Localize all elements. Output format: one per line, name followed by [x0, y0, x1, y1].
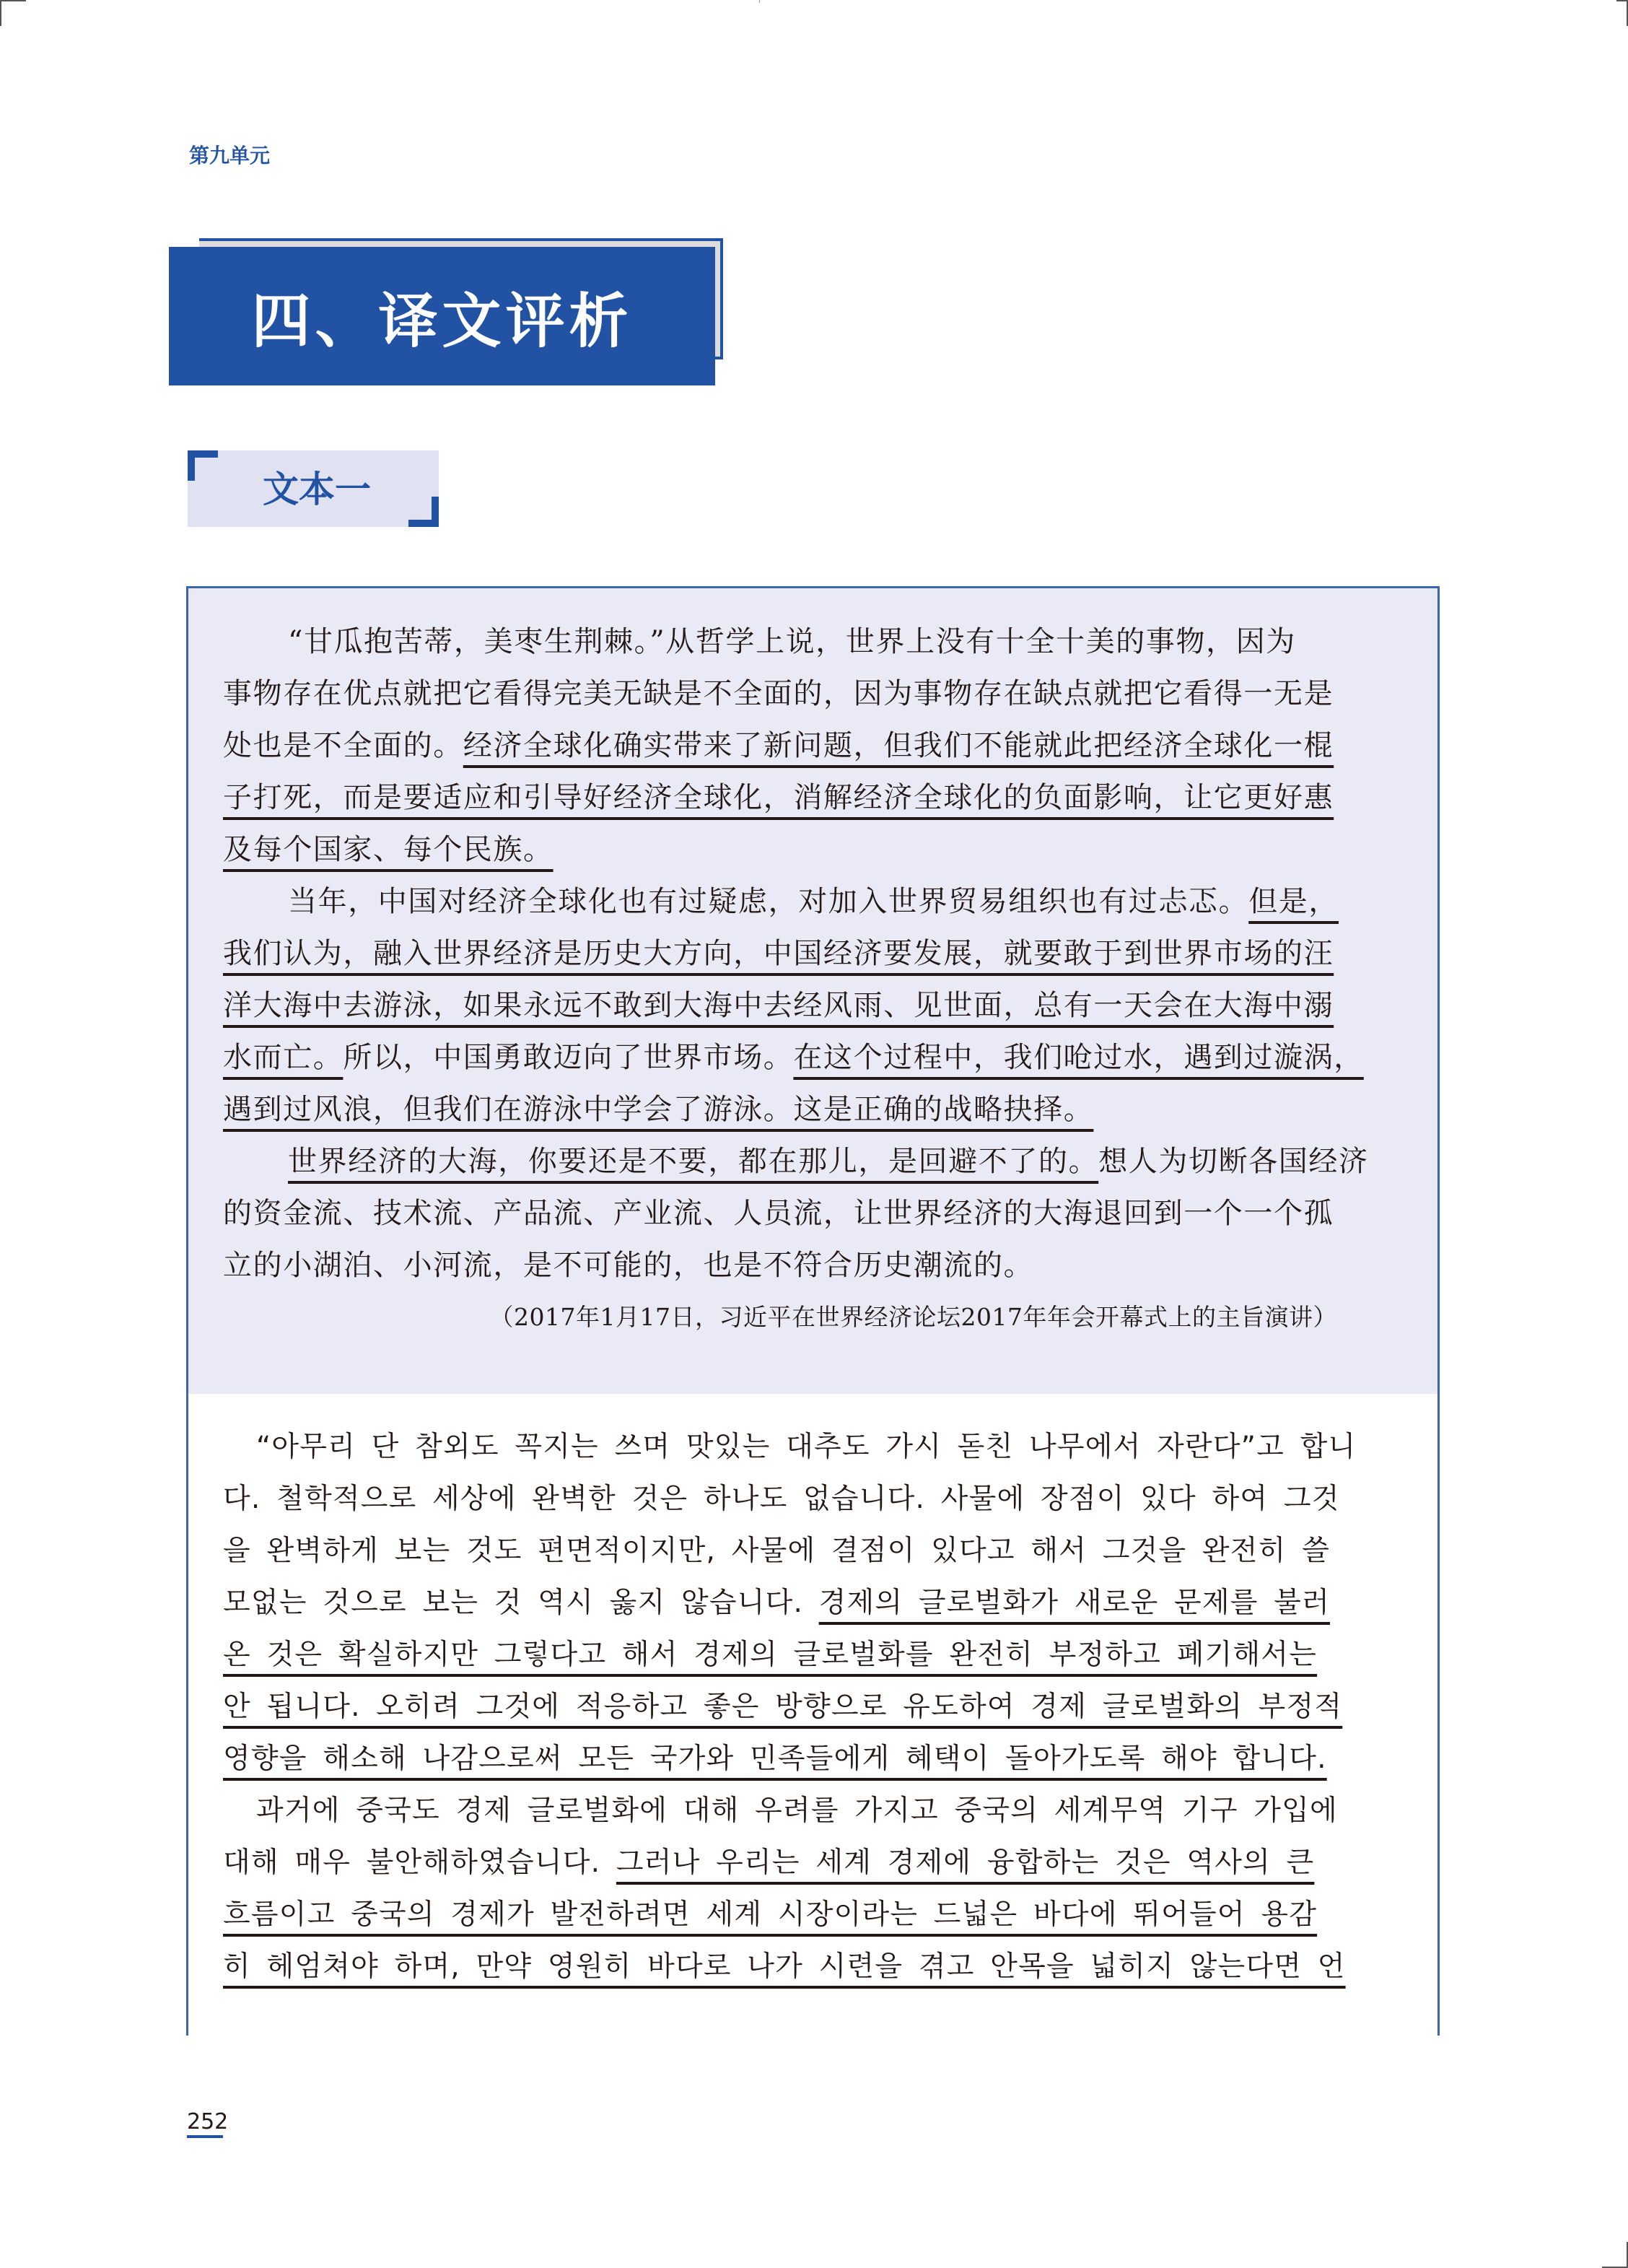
underlined-segment: 히 헤엄쳐야 하며, 만약 영원히 바다로 나가 시련을 겪고 안목을 넓히지 … [223, 1950, 1346, 1983]
text-segment: 立的小湖泊、小河流，是不可能的，也是不符合历史潮流的。 [223, 1249, 1033, 1282]
text-line: 及每个国家、每个民族。 [223, 828, 1379, 880]
text-line: 处也是不全面的。经济全球化确实带来了新问题，但我们不能就此把经济全球化一棍 [223, 724, 1379, 776]
text-line: 事物存在优点就把它看得完美无缺是不全面的，因为事物存在缺点就把它看得一无是 [223, 672, 1379, 724]
underlined-segment: 遇到过风浪，但我们在游泳中学会了游泳。这是正确的战略抉择。 [223, 1093, 1093, 1126]
underlined-segment: 온 것은 확실하지만 그렇다고 해서 경제의 글로벌화를 완전히 부정하고 폐기… [223, 1639, 1317, 1671]
crop-mark-top-left [0, 0, 26, 26]
text-line: 的资金流、技术流、产品流、产业流、人员流，让世界经济的大海退回到一个一个孤 [223, 1192, 1379, 1244]
unit-label: 第九单元 [189, 140, 270, 169]
text-line: 과거에 중국도 경제 글로벌화에 대해 우려를 가지고 중국의 세계무역 기구 … [223, 1789, 1379, 1841]
page-number-underline [187, 2135, 223, 2138]
text-line: 을 완벽하게 보는 것도 편면적이지만, 사물에 결점이 있다고 해서 그것을 … [223, 1530, 1379, 1582]
text-line: 히 헤엄쳐야 하며, 만약 영원히 바다로 나가 시련을 겪고 안목을 넓히지 … [223, 1945, 1379, 1997]
text-segment: 대해 매우 불안해하였습니다. [223, 1846, 616, 1879]
page-number: 252 [187, 2109, 228, 2134]
text-line: 안 됩니다. 오히려 그것에 적응하고 좋은 방향으로 유도하여 경제 글로벌화… [223, 1685, 1379, 1737]
underlined-segment: 水而亡。 [223, 1041, 343, 1074]
text-segment: 当年，中国对经济全球化也有过疑虑，对加入世界贸易组织也有过忐忑。 [288, 885, 1248, 918]
text-segment: 다. 철학적으로 세상에 완벽한 것은 하나도 없습니다. 사물에 장점이 있다… [223, 1483, 1340, 1515]
text-segment: 所以，中国勇敢迈向了世界市场。 [343, 1041, 793, 1074]
text-line: 모없는 것으로 보는 것 역시 옳지 않습니다. 경제의 글로벌화가 새로운 문… [223, 1582, 1379, 1634]
section-title: 四、译文评析 [251, 274, 632, 359]
text-line: 洋大海中去游泳，如果永远不敢到大海中去经风雨、见世面，总有一天会在大海中溺 [223, 984, 1379, 1036]
translation-text-panel: “아무리 단 참외도 꼭지는 쓰며 맛있는 대추도 가시 돋친 나무에서 자란다… [188, 1394, 1437, 2036]
section-title-banner: 四、译文评析 [169, 238, 725, 386]
subsection-label: 文本一 [188, 450, 439, 527]
subsection-tab: 文本一 [188, 450, 439, 527]
text-segment: 的资金流、技术流、产品流、产业流、人员流，让世界经济的大海退回到一个一个孤 [223, 1197, 1334, 1230]
text-line: 我们认为，融入世界经济是历史大方向，中国经济要发展，就要敢于到世界市场的汪 [223, 932, 1379, 984]
text-line: 다. 철학적으로 세상에 완벽한 것은 하나도 없습니다. 사물에 장점이 있다… [223, 1478, 1379, 1530]
underlined-segment: 영향을 해소해 나감으로써 모든 국가와 민족들에게 혜택이 돌아가도록 해야 … [223, 1743, 1327, 1775]
text-line: 대해 매우 불안해하였습니다. 그러나 우리는 세계 경제에 융합하는 것은 역… [223, 1841, 1379, 1893]
citation: （2017年1月17日，习近平在世界经济论坛2017年年会开幕式上的主旨演讲） [223, 1296, 1379, 1339]
underlined-segment: 안 됩니다. 오히려 그것에 적응하고 좋은 방향으로 유도하여 경제 글로벌화… [223, 1691, 1342, 1723]
underlined-segment: 及每个国家、每个民族。 [223, 833, 553, 866]
underlined-segment: 世界经济的大海，你要还是不要，都在那儿，是回避不了的。 [288, 1145, 1098, 1178]
underlined-segment: 흐름이고 중국의 경제가 발전하려면 세계 시장이라는 드넓은 바다에 뛰어들어… [223, 1898, 1317, 1931]
text-line: 온 것은 확실하지만 그렇다고 해서 경제의 글로벌화를 완전히 부정하고 폐기… [223, 1634, 1379, 1685]
underlined-segment: 子打死，而是要适应和引导好经济全球化，消解经济全球化的负面影响，让它更好惠 [223, 781, 1334, 814]
underlined-segment: 但是， [1248, 885, 1339, 918]
text-line: 遇到过风浪，但我们在游泳中学会了游泳。这是正确的战略抉择。 [223, 1088, 1379, 1140]
underlined-segment: 洋大海中去游泳，如果永远不敢到大海中去经风雨、见世面，总有一天会在大海中溺 [223, 989, 1334, 1022]
text-line: 当年，中国对经济全球化也有过疑虑，对加入世界贸易组织也有过忐忑。但是， [223, 880, 1379, 932]
crop-mark-center-tick [759, 0, 760, 3]
text-segment: 을 완벽하게 보는 것도 편면적이지만, 사물에 결점이 있다고 해서 그것을 … [223, 1535, 1330, 1567]
source-text-lines: “甘瓜抱苦蒂，美枣生荆棘。”从哲学上说，世界上没有十全十美的事物，因为事物存在优… [223, 620, 1379, 1339]
text-segment: “甘瓜抱苦蒂，美枣生荆棘。”从哲学上说，世界上没有十全十美的事物，因为 [288, 625, 1296, 658]
text-comparison-box: “甘瓜抱苦蒂，美枣生荆棘。”从哲学上说，世界上没有十全十美的事物，因为事物存在优… [186, 586, 1440, 2036]
text-line: 立的小湖泊、小河流，是不可能的，也是不符合历史潮流的。 [223, 1244, 1379, 1296]
text-segment: 事物存在优点就把它看得完美无缺是不全面的，因为事物存在缺点就把它看得一无是 [223, 677, 1334, 710]
translation-text-lines: “아무리 단 참외도 꼭지는 쓰며 맛있는 대추도 가시 돋친 나무에서 자란다… [223, 1426, 1379, 1997]
underlined-segment: 在这个过程中，我们呛过水，遇到过漩涡， [793, 1041, 1363, 1074]
underlined-segment: 경제의 글로벌화가 새로운 문제를 불러 [819, 1587, 1330, 1619]
text-line: 흐름이고 중국의 경제가 발전하려면 세계 시장이라는 드넓은 바다에 뛰어들어… [223, 1893, 1379, 1945]
text-line: 水而亡。所以，中国勇敢迈向了世界市场。在这个过程中，我们呛过水，遇到过漩涡， [223, 1036, 1379, 1088]
text-line: 子打死，而是要适应和引导好经济全球化，消解经济全球化的负面影响，让它更好惠 [223, 776, 1379, 828]
underlined-segment: 그러나 우리는 세계 경제에 융합하는 것은 역사의 큰 [616, 1846, 1315, 1879]
text-line: “아무리 단 참외도 꼭지는 쓰며 맛있는 대추도 가시 돋친 나무에서 자란다… [223, 1426, 1379, 1478]
crop-mark-top-right [1616, 0, 1628, 26]
text-line: 世界经济的大海，你要还是不要，都在那儿，是回避不了的。想人为切断各国经济 [223, 1140, 1379, 1192]
underlined-segment: 我们认为，融入世界经济是历史大方向，中国经济要发展，就要敢于到世界市场的汪 [223, 937, 1334, 970]
source-text-panel: “甘瓜抱苦蒂，美枣生荆棘。”从哲学上说，世界上没有十全十美的事物，因为事物存在优… [188, 588, 1437, 1394]
text-segment: 处也是不全面的。 [223, 729, 463, 762]
text-segment: 과거에 중국도 경제 글로벌화에 대해 우려를 가지고 중국의 세계무역 기구 … [256, 1794, 1338, 1827]
text-segment: “아무리 단 참외도 꼭지는 쓰며 맛있는 대추도 가시 돋친 나무에서 자란다… [256, 1431, 1356, 1463]
title-banner-face: 四、译文评析 [169, 247, 715, 385]
text-line: “甘瓜抱苦蒂，美枣生荆棘。”从哲学上说，世界上没有十全十美的事物，因为 [223, 620, 1379, 672]
text-segment: 모없는 것으로 보는 것 역시 옳지 않습니다. [223, 1587, 819, 1619]
text-line: 영향을 해소해 나감으로써 모든 국가와 민족들에게 혜택이 돌아가도록 해야 … [223, 1737, 1379, 1789]
underlined-segment: 经济全球化确实带来了新问题，但我们不能就此把经济全球化一棍 [463, 729, 1334, 762]
crop-mark-bottom-right [1602, 2242, 1628, 2268]
text-segment: 想人为切断各国经济 [1098, 1145, 1368, 1178]
